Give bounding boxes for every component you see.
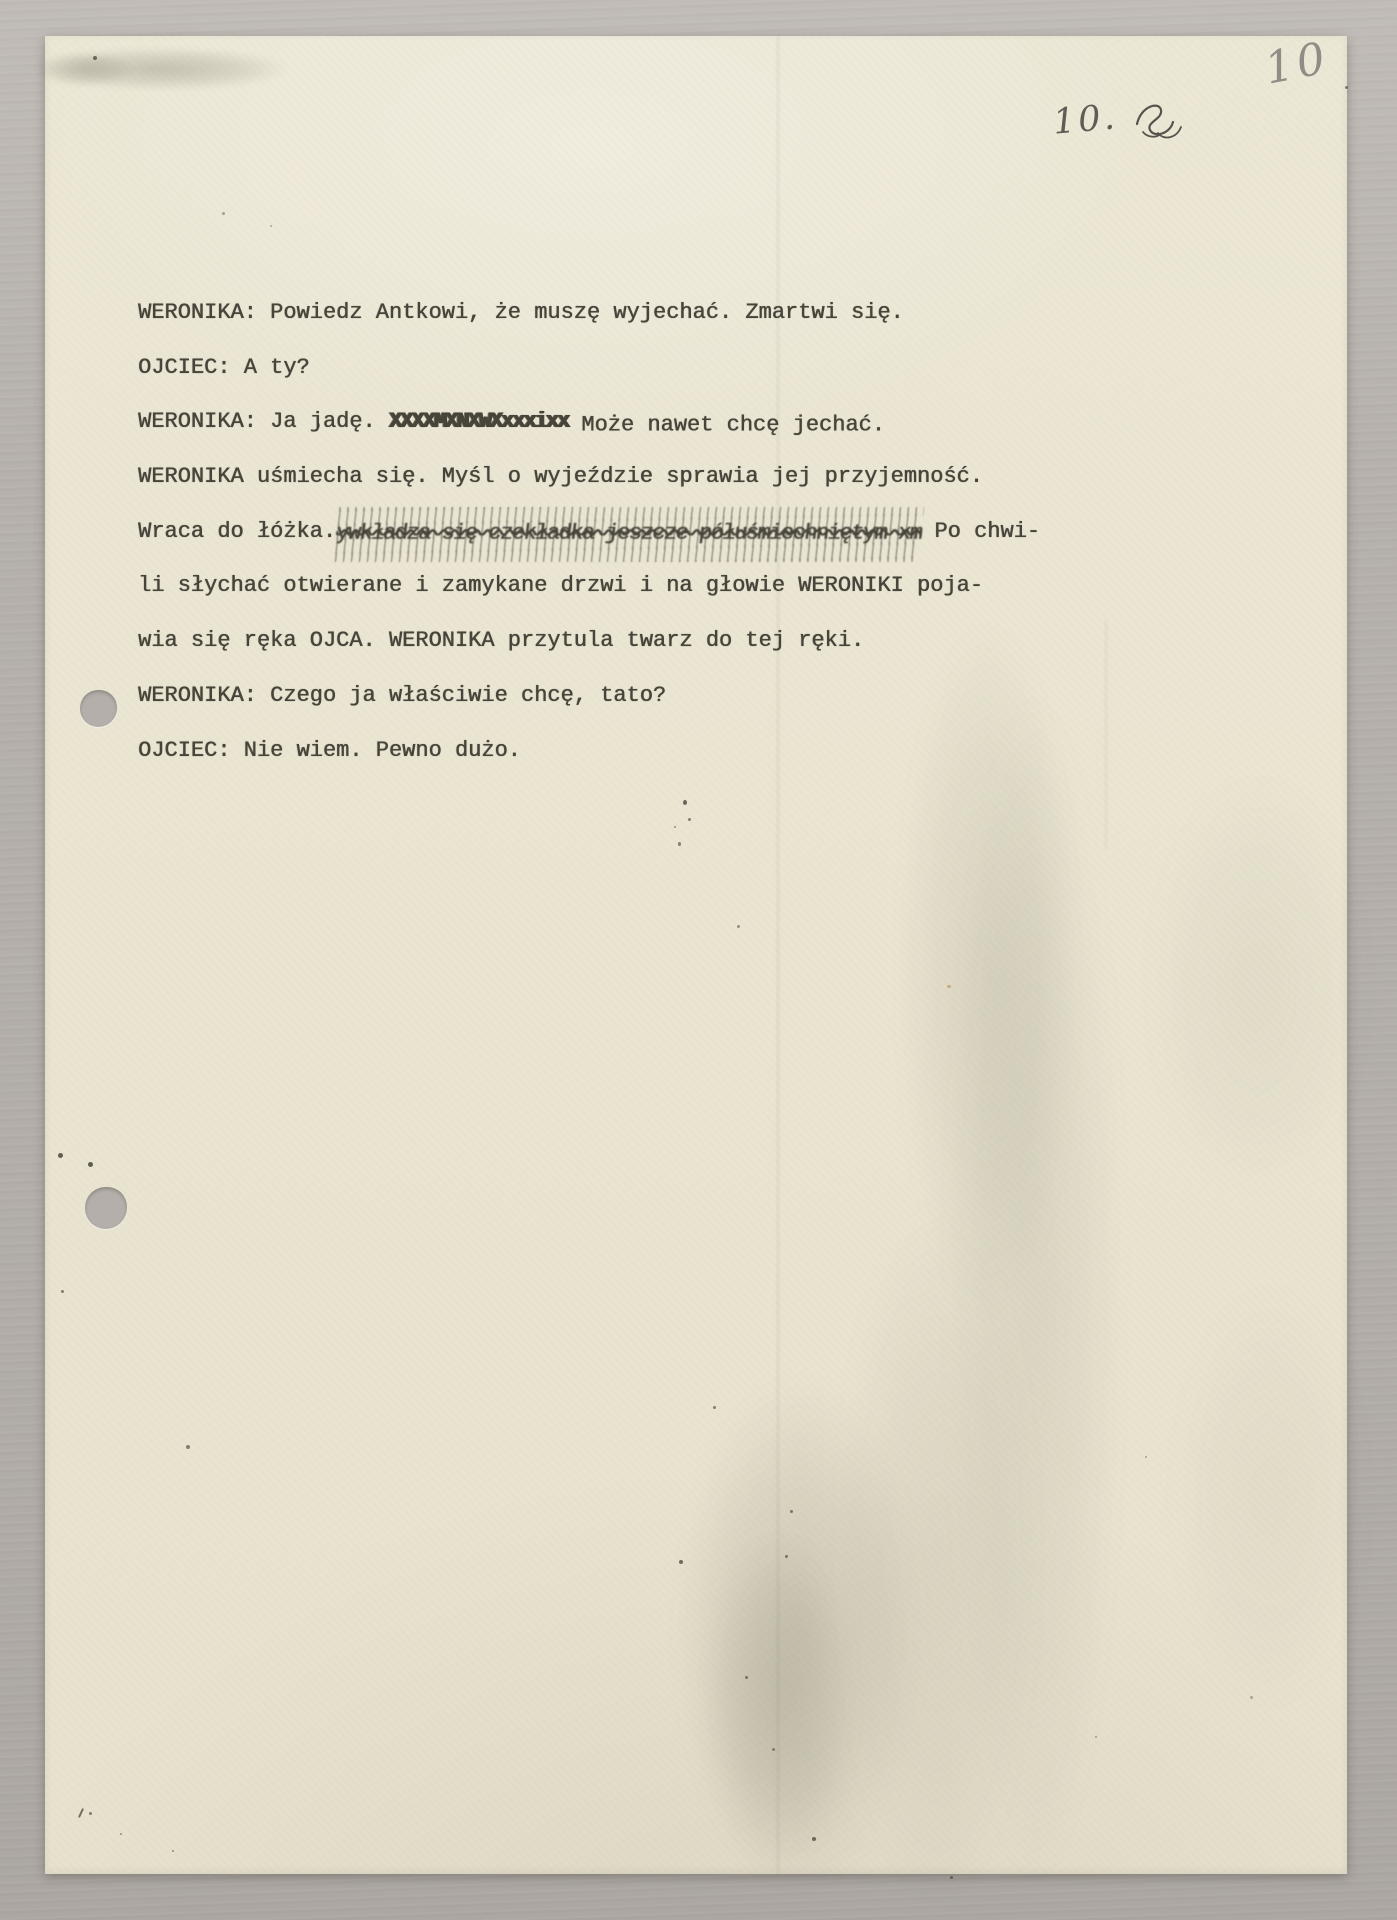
handwritten-page-number: 10. <box>1051 97 1119 142</box>
ink-speck <box>1145 1456 1147 1458</box>
ink-speck <box>1345 86 1348 89</box>
ink-speck <box>88 1162 93 1167</box>
ink-speck <box>713 1406 716 1409</box>
handwritten-paraph-scribble <box>1131 96 1189 144</box>
script-line: OJCIEC: Nie wiem. Pewno dużo. <box>138 724 1238 779</box>
ink-speck <box>688 818 691 821</box>
ink-speck <box>1250 1696 1253 1699</box>
script-line: WERONIKA: Czego ja właściwie chcę, tato? <box>138 669 1238 724</box>
smudge-stain <box>680 1380 920 1885</box>
ink-speck <box>950 1876 953 1879</box>
ink-speck <box>679 1560 683 1564</box>
ink-speck <box>172 1850 174 1852</box>
smudge-stain <box>37 52 132 86</box>
smudge-stain <box>705 1536 855 1866</box>
smudge-stain <box>37 48 287 90</box>
ink-speck <box>186 1445 190 1449</box>
ink-speck <box>678 842 681 846</box>
ink-speck <box>317 423 320 428</box>
ink-speck <box>812 1837 816 1841</box>
ink-speck <box>93 56 97 60</box>
ink-speck <box>947 985 951 988</box>
ink-speck <box>120 1833 122 1835</box>
ink-speck <box>683 800 687 805</box>
smudge-stain <box>1175 1286 1365 1706</box>
script-line: Wraca do łóżka.ywkładza się czekładka je… <box>138 505 1238 560</box>
script-line: WERONIKA: Powiedz Antkowi, że muszę wyje… <box>138 286 1238 341</box>
ink-speck <box>790 1510 793 1513</box>
document-page: 10. 10 WERONIKA: Powiedz Antkowi, że mus… <box>45 36 1347 1874</box>
script-line: WERONIKA: Ja jadę. XXXXMXNXWXxxxixx Może… <box>138 395 1238 450</box>
scan-backdrop: { "document": { "kind": "typewritten-scr… <box>0 0 1397 1920</box>
ink-speck <box>222 212 225 215</box>
smudge-stain <box>840 1200 1035 1900</box>
ink-speck <box>61 1290 64 1293</box>
ink-speck <box>89 1812 92 1815</box>
ink-speck <box>78 1808 84 1818</box>
script-line: wia się ręka OJCA. WERONIKA przytula twa… <box>138 614 1238 669</box>
ink-speck <box>772 1748 775 1751</box>
typewritten-text: WERONIKA: Powiedz Antkowi, że muszę wyje… <box>138 286 1238 778</box>
ink-speck <box>1095 1736 1097 1738</box>
script-line: OJCIEC: A ty? <box>138 341 1238 396</box>
ink-speck <box>745 1676 748 1679</box>
punch-hole-top <box>80 690 117 727</box>
script-line: li słychać otwierane i zamykane drzwi i … <box>138 559 1238 614</box>
smudge-stain <box>1150 780 1365 1190</box>
ink-speck <box>785 1555 788 1558</box>
ink-speck <box>270 225 272 227</box>
ink-speck <box>737 925 740 928</box>
script-line: WERONIKA uśmiecha się. Myśl o wyjeździe … <box>138 450 1238 505</box>
ink-speck <box>58 1153 63 1158</box>
pencil-corner-number: 10 <box>1261 32 1334 94</box>
ink-speck <box>674 826 676 828</box>
smudge-stain <box>950 700 1120 1880</box>
punch-hole-bottom <box>85 1187 127 1229</box>
